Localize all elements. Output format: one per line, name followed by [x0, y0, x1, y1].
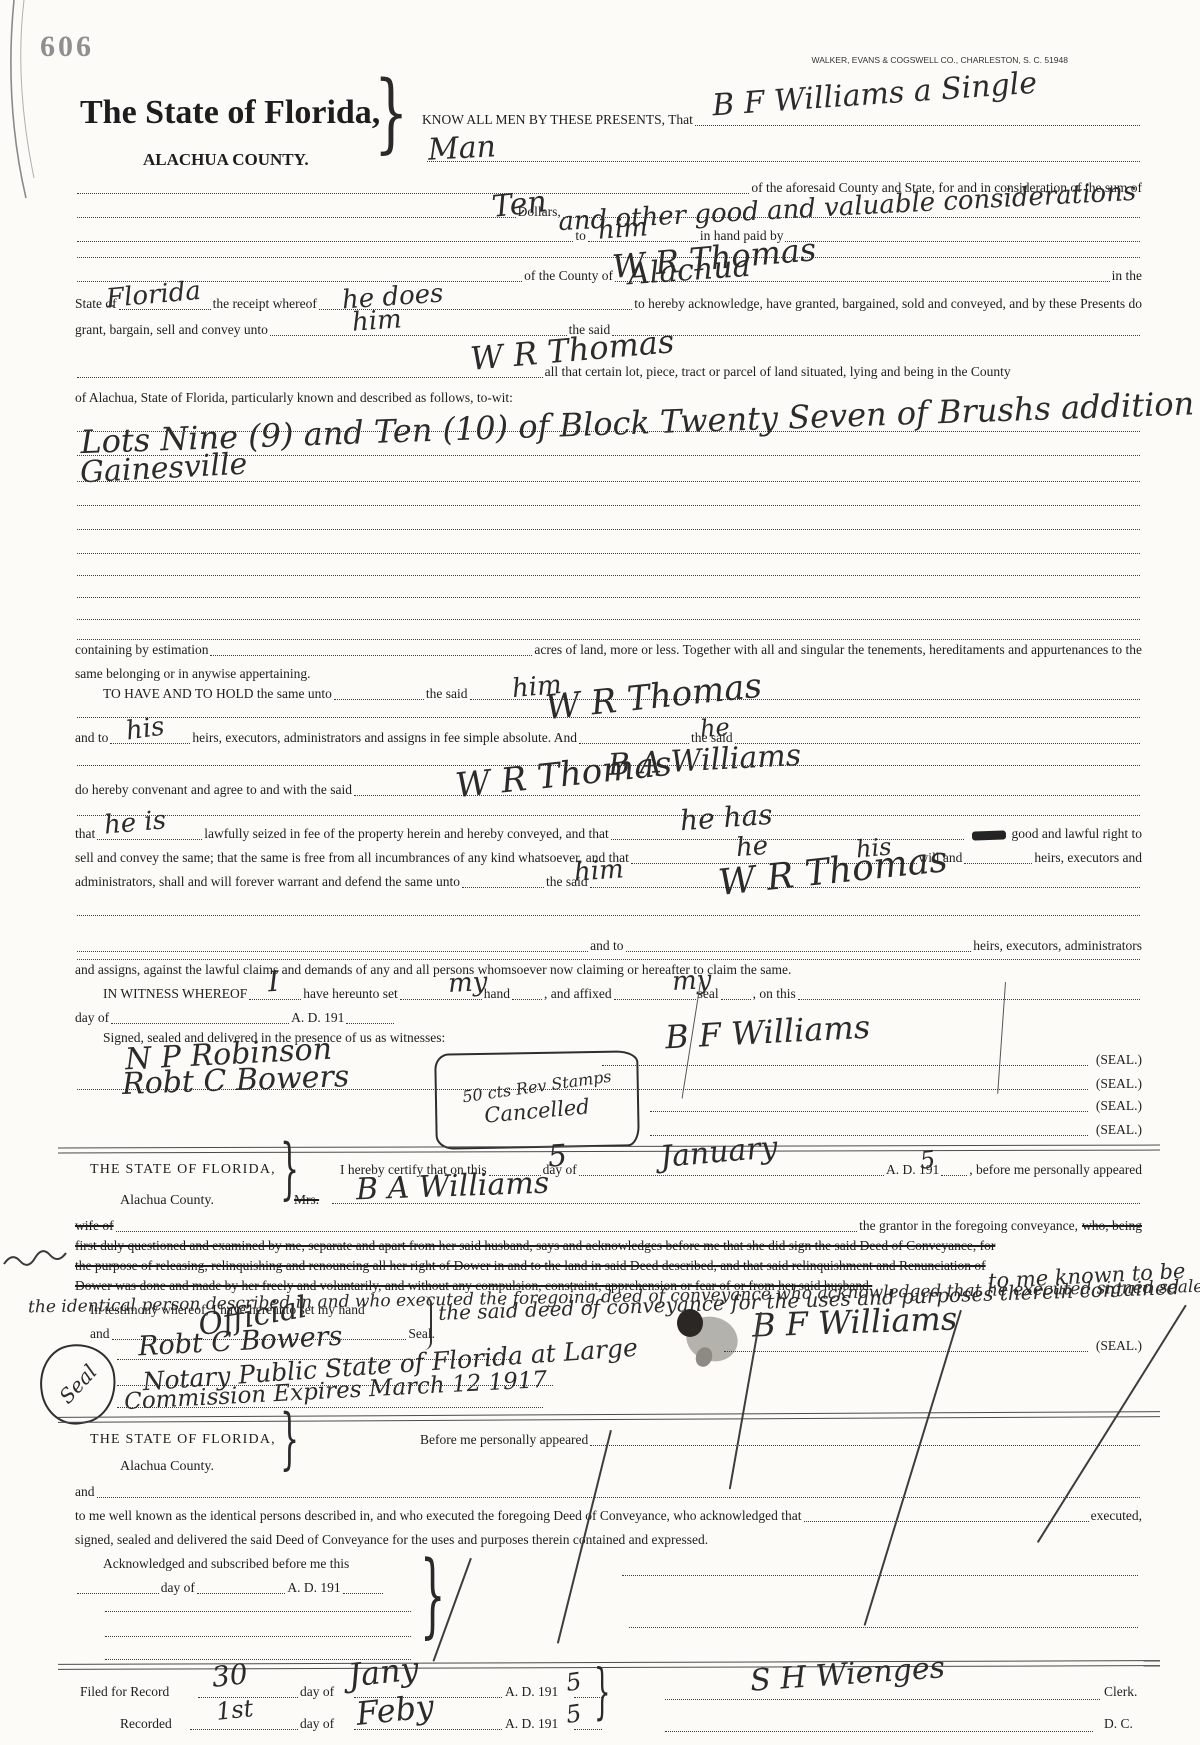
notary1-state-heading: THE STATE OF FLORIDA,	[90, 1162, 276, 1178]
dotted-rule	[77, 616, 1140, 620]
state-handwriting: Florida	[105, 278, 202, 312]
dotted-rule	[665, 1728, 1093, 1732]
mrs-label-struck: Mrs.	[294, 1192, 319, 1209]
he-handwriting: he	[699, 715, 730, 741]
that-label: that	[75, 826, 95, 843]
cert-year-handwriting: 5	[919, 1147, 937, 1172]
right-label: good and lawful right to	[1012, 826, 1142, 843]
set-label: have hereunto set	[303, 986, 397, 1003]
form-line	[75, 616, 1142, 623]
day-of-label: day of	[161, 1580, 195, 1597]
his-handwriting: his	[124, 713, 166, 744]
grantor-signature: B F Williams	[664, 1011, 871, 1054]
dotted-rule	[334, 696, 424, 700]
form-line	[75, 502, 1142, 509]
dotted-rule	[77, 526, 1140, 530]
i-handwriting: I	[267, 968, 280, 997]
affixed-label: , and affixed	[544, 986, 612, 1003]
day-of-line-2: day of A. D. 191	[75, 1580, 385, 1597]
seal-line-3: (SEAL.)	[648, 1098, 1142, 1115]
dotted-rule	[721, 996, 751, 1000]
dotted-rule	[941, 1172, 967, 1176]
heirs2-label: heirs, executors and	[1034, 850, 1142, 867]
and-line: and	[75, 1484, 1142, 1501]
heirs-label: heirs, executors, administrators and ass…	[192, 730, 577, 747]
presents-label: KNOW ALL MEN BY THESE PRESENTS, That	[422, 112, 693, 129]
dotted-rule	[77, 714, 1140, 718]
in-witness-line: IN WITNESS WHEREOF have hereunto set han…	[103, 986, 1142, 1003]
form-line	[103, 1633, 413, 1640]
and-to-label: and to	[590, 938, 623, 955]
dotted-rule	[77, 812, 1140, 816]
printer-mark: WALKER, EVANS & COGSWELL CO., CHARLESTON…	[812, 55, 1069, 65]
acres-label: acres of land, more or less. Together wi…	[534, 642, 1142, 659]
him-handwriting: him	[351, 306, 402, 335]
dotted-rule	[77, 214, 516, 218]
dotted-rule	[190, 1726, 298, 1730]
dotted-rule	[77, 478, 1140, 482]
in-the-label: in the	[1112, 268, 1142, 285]
dotted-rule	[332, 1200, 1140, 1204]
dc-label: D. C.	[1104, 1716, 1133, 1733]
he-is-handwriting: he is	[103, 807, 167, 838]
dotted-rule	[117, 1404, 543, 1408]
cert-day-handwriting: 5	[547, 1141, 568, 1172]
grantor-signature: B F Williams	[752, 1302, 958, 1341]
him-handwriting: him	[573, 856, 624, 885]
to-label: to	[575, 228, 586, 245]
dotted-rule	[590, 1442, 1140, 1446]
struck-text-2: the purpose of releasing, relinquishing …	[75, 1258, 986, 1275]
dotted-rule	[105, 1633, 411, 1637]
form-line	[75, 714, 1142, 721]
heirs3-line: and to heirs, executors, administrators	[75, 938, 1142, 955]
dotted-rule	[97, 1494, 1141, 1498]
ink-blot	[660, 1305, 750, 1369]
seal-word: Seal.	[408, 1326, 435, 1343]
section-divider	[58, 1145, 1160, 1149]
containing-line: containing by estimation acres of land, …	[75, 642, 1142, 659]
dotted-rule	[695, 122, 1140, 126]
well-known-line: to me well known as the identical person…	[75, 1508, 1142, 1525]
dotted-rule	[111, 1020, 289, 1024]
filing-brace: }	[594, 1663, 611, 1723]
dotted-rule	[612, 332, 1140, 336]
dotted-rule	[462, 884, 544, 888]
dotted-rule	[197, 1590, 285, 1594]
signed-delivered-label: signed, sealed and delivered the said De…	[75, 1532, 708, 1549]
notary1-county-heading: Alachua County.	[120, 1192, 214, 1210]
dotted-rule	[798, 996, 1140, 1000]
grantor-label: the grantor in the foregoing conveyance,	[859, 1218, 1078, 1235]
header-brace: }	[374, 70, 408, 156]
dotted-rule	[210, 652, 532, 656]
dotted-rule	[77, 254, 1140, 258]
containing-label: containing by estimation	[75, 642, 208, 659]
form-line	[425, 158, 1142, 165]
form-line	[103, 1608, 413, 1615]
on-this-label: , on this	[753, 986, 796, 1003]
situated-label: all that certain lot, piece, tract or pa…	[545, 364, 1011, 381]
and-to-label: and to	[75, 730, 108, 747]
seal-circle-text: Seal	[56, 1361, 101, 1407]
filed-year-handwriting: 5	[564, 1669, 582, 1695]
my-handwriting: my	[671, 967, 712, 995]
seal-label: (SEAL.)	[1096, 1122, 1142, 1139]
scribbled-out-word	[971, 830, 1005, 840]
heirs3-label: heirs, executors, administrators	[973, 938, 1142, 955]
form-line	[75, 550, 1142, 557]
he-has-handwriting: he has	[679, 801, 773, 835]
executed-label: executed,	[1091, 1508, 1142, 1525]
before-label: Before me personally appeared	[420, 1432, 588, 1449]
acknowledged-line: Acknowledged and subscribed before me th…	[103, 1556, 349, 1573]
wife-of-label-struck: wife of	[75, 1218, 114, 1235]
filed-month-handwriting: Jany	[347, 1652, 421, 1691]
dotted-rule	[77, 948, 588, 952]
receipt-label: the receipt whereof	[213, 296, 317, 313]
ad-label: A. D. 191	[505, 1684, 558, 1701]
witness2-signature: Robt C Bowers	[122, 1062, 350, 1100]
dotted-rule	[665, 1696, 1100, 1700]
seal-label: (SEAL.)	[1096, 1338, 1142, 1355]
form-line	[75, 428, 1142, 435]
warrant-label: administrators, shall and will forever w…	[75, 874, 460, 891]
form-line	[115, 1404, 545, 1411]
dotted-rule	[77, 374, 543, 378]
deed-document-page: 606 WALKER, EVANS & COGSWELL CO., CHARLE…	[0, 0, 1200, 1745]
form-line	[75, 254, 1142, 261]
seal-label: (SEAL.)	[1096, 1076, 1142, 1093]
recorded-month-handwriting: Feby	[355, 1690, 436, 1730]
form-line	[75, 478, 1142, 485]
form-line	[75, 912, 1142, 919]
the-said-label: the said	[426, 686, 468, 703]
my-handwriting: my	[447, 969, 488, 997]
sell-label: sell and convey the same; that the same …	[75, 850, 629, 867]
dotted-rule	[602, 1062, 1088, 1066]
notary2-state-heading: THE STATE OF FLORIDA,	[90, 1432, 276, 1448]
dotted-rule	[427, 158, 1140, 162]
ad-label: A. D. 191	[287, 1580, 340, 1597]
dotted-rule	[116, 1228, 857, 1232]
dollars-label: Dollars,	[518, 204, 561, 221]
struck-dower-line-1: first duly questioned and examined by me…	[75, 1238, 1142, 1255]
acknowledged-label: Acknowledged and subscribed before me th…	[103, 1556, 349, 1573]
of-county-label: of the County of	[524, 268, 613, 285]
notary2-brace: }	[280, 1408, 299, 1474]
day-of-label: day of	[300, 1716, 334, 1733]
convey-label: grant, bargain, sell and convey unto	[75, 322, 268, 339]
recorded-label: Recorded	[120, 1716, 172, 1733]
heirs-line: and to heirs, executors, administrators …	[75, 730, 1142, 747]
notary1-seal-line: (SEAL.)	[722, 1338, 1142, 1355]
dotted-rule	[804, 1518, 1089, 1522]
seal-label: (SEAL.)	[1096, 1052, 1142, 1069]
dotted-rule	[964, 860, 1032, 864]
belonging-label: same belonging or in anywise appertainin…	[75, 666, 310, 683]
dotted-rule	[105, 1608, 411, 1612]
county-title: ALACHUA COUNTY.	[143, 150, 309, 170]
recorded-year-handwriting: 5	[564, 1701, 582, 1727]
day-of-label: day of	[75, 1010, 109, 1027]
signed-delivered-line: signed, sealed and delivered the said De…	[75, 1532, 900, 1549]
dotted-rule	[77, 502, 1140, 506]
notary2-county-heading: Alachua County.	[120, 1458, 214, 1476]
day-of-label: day of	[300, 1684, 334, 1701]
dotted-rule	[512, 996, 542, 1000]
recorded-day-handwriting: 1st	[215, 1696, 255, 1724]
dotted-rule	[629, 1624, 1138, 1628]
state-receipt-line: State of the receipt whereof to hereby a…	[75, 296, 1142, 313]
dotted-rule	[614, 996, 696, 1000]
clerk-signature: S H Wienges	[749, 1653, 946, 1697]
well-known-label: to me well known as the identical person…	[75, 1508, 802, 1525]
dotted-rule	[77, 594, 1140, 598]
dotted-rule	[346, 1020, 394, 1024]
form-line	[330, 1200, 1142, 1207]
filed-label: Filed for Record	[80, 1684, 169, 1701]
dotted-rule	[579, 740, 689, 744]
form-line	[75, 812, 1142, 819]
county-handwriting: Alachua	[627, 252, 751, 290]
dotted-rule	[611, 836, 964, 840]
dotted-rule	[77, 428, 1140, 432]
margin-scribble	[2, 1250, 72, 1272]
form-line	[627, 1624, 1140, 1631]
dotted-rule	[724, 1348, 1088, 1352]
section-divider	[58, 1149, 1160, 1153]
in-witness-label: IN WITNESS WHEREOF	[103, 986, 247, 1003]
who-being-struck: who, being	[1082, 1218, 1142, 1235]
clerk-label: Clerk.	[1104, 1684, 1137, 1701]
before-appeared-line: Before me personally appeared	[420, 1432, 1142, 1449]
ad-label: A. D. 191	[505, 1716, 558, 1733]
to-have-label: TO HAVE AND TO HOLD the same unto	[103, 686, 332, 703]
form-line	[75, 526, 1142, 533]
dotted-rule	[343, 1590, 383, 1594]
belonging-line: same belonging or in anywise appertainin…	[75, 666, 1142, 683]
state-title: The State of Florida,	[80, 94, 380, 132]
page-number: 606	[40, 30, 94, 64]
dotted-rule	[785, 238, 1140, 242]
county-line: of the County of in the	[75, 268, 1142, 285]
dotted-rule	[77, 190, 749, 194]
struck-text-1: first duly questioned and examined by me…	[75, 1238, 995, 1255]
revenue-stamp-box: 50 cts Rev Stamps Cancelled	[434, 1050, 640, 1150]
and-label: and	[90, 1326, 110, 1343]
dotted-rule	[77, 238, 573, 242]
dotted-rule	[650, 1108, 1088, 1112]
seal-label: (SEAL.)	[1096, 1098, 1142, 1115]
he-handwriting: he	[735, 833, 769, 861]
him-handwriting: him	[597, 214, 648, 243]
acknowledge-label: to hereby acknowledge, have granted, bar…	[634, 296, 1142, 313]
ad-label: A. D. 191	[291, 1010, 344, 1027]
form-line	[75, 572, 1142, 579]
and-label: and	[75, 1484, 95, 1501]
dotted-rule	[77, 912, 1140, 916]
dotted-rule	[77, 1590, 159, 1594]
seized-line: that lawfully seized in fee of the prope…	[75, 826, 1142, 843]
filed-day-handwriting: 30	[211, 1660, 249, 1692]
dotted-rule	[77, 636, 1140, 640]
dotted-rule	[626, 948, 972, 952]
described-label: of Alachua, State of Florida, particular…	[75, 390, 513, 407]
grantor-conveyance-line: wife of the grantor in the foregoing con…	[75, 1218, 1142, 1235]
situated-line: all that certain lot, piece, tract or pa…	[75, 364, 1142, 381]
dotted-rule	[77, 550, 1140, 554]
dotted-rule	[77, 956, 1140, 960]
seized-label: lawfully seized in fee of the property h…	[204, 826, 608, 843]
section-divider	[58, 1416, 1160, 1423]
notary2-tall-brace: }	[420, 1550, 445, 1642]
claims-line: and assigns, against the lawful claims a…	[75, 962, 1142, 979]
seal-line-1: (SEAL.)	[600, 1052, 1142, 1069]
form-line	[75, 594, 1142, 601]
dotted-rule	[77, 572, 1140, 576]
day-of-line: day of A. D. 191	[75, 1010, 405, 1027]
struck-dower-line-2: the purpose of releasing, relinquishing …	[75, 1258, 1142, 1275]
before-label: , before me personally appeared	[969, 1162, 1142, 1179]
covenant-label: do hereby convenant and agree to and wit…	[75, 782, 352, 799]
dotted-rule	[579, 1172, 884, 1176]
